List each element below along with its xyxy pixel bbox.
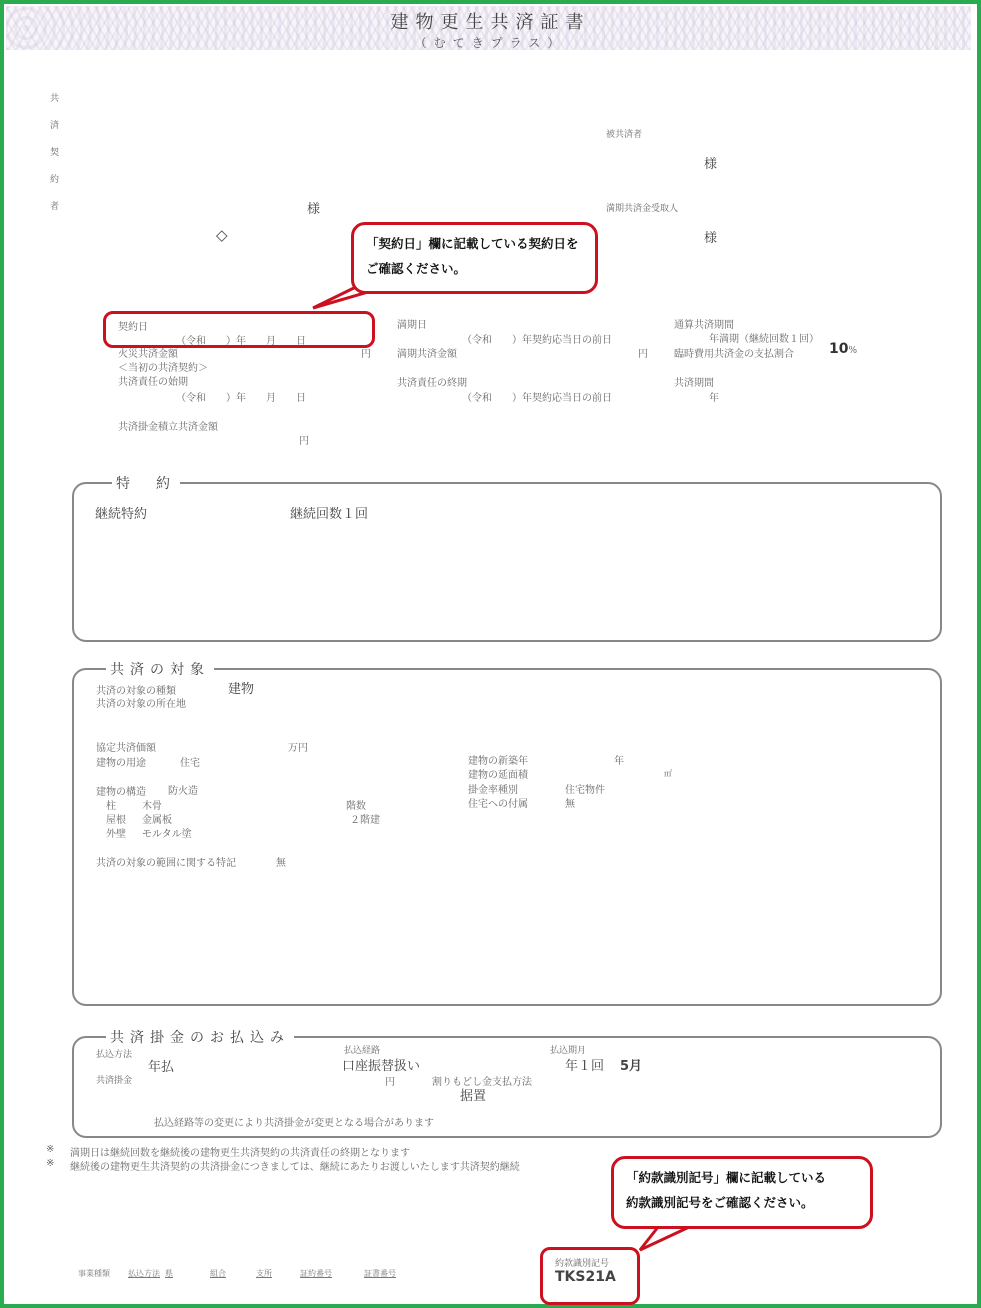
clause-code-callout: 「約款識別記号」欄に記載している 約款識別記号をご確認ください。 <box>611 1156 873 1229</box>
contract-date-callout: 「契約日」欄に記載している契約日を ご確認ください。 <box>351 222 598 294</box>
callout-tail-icon <box>0 0 981 1308</box>
